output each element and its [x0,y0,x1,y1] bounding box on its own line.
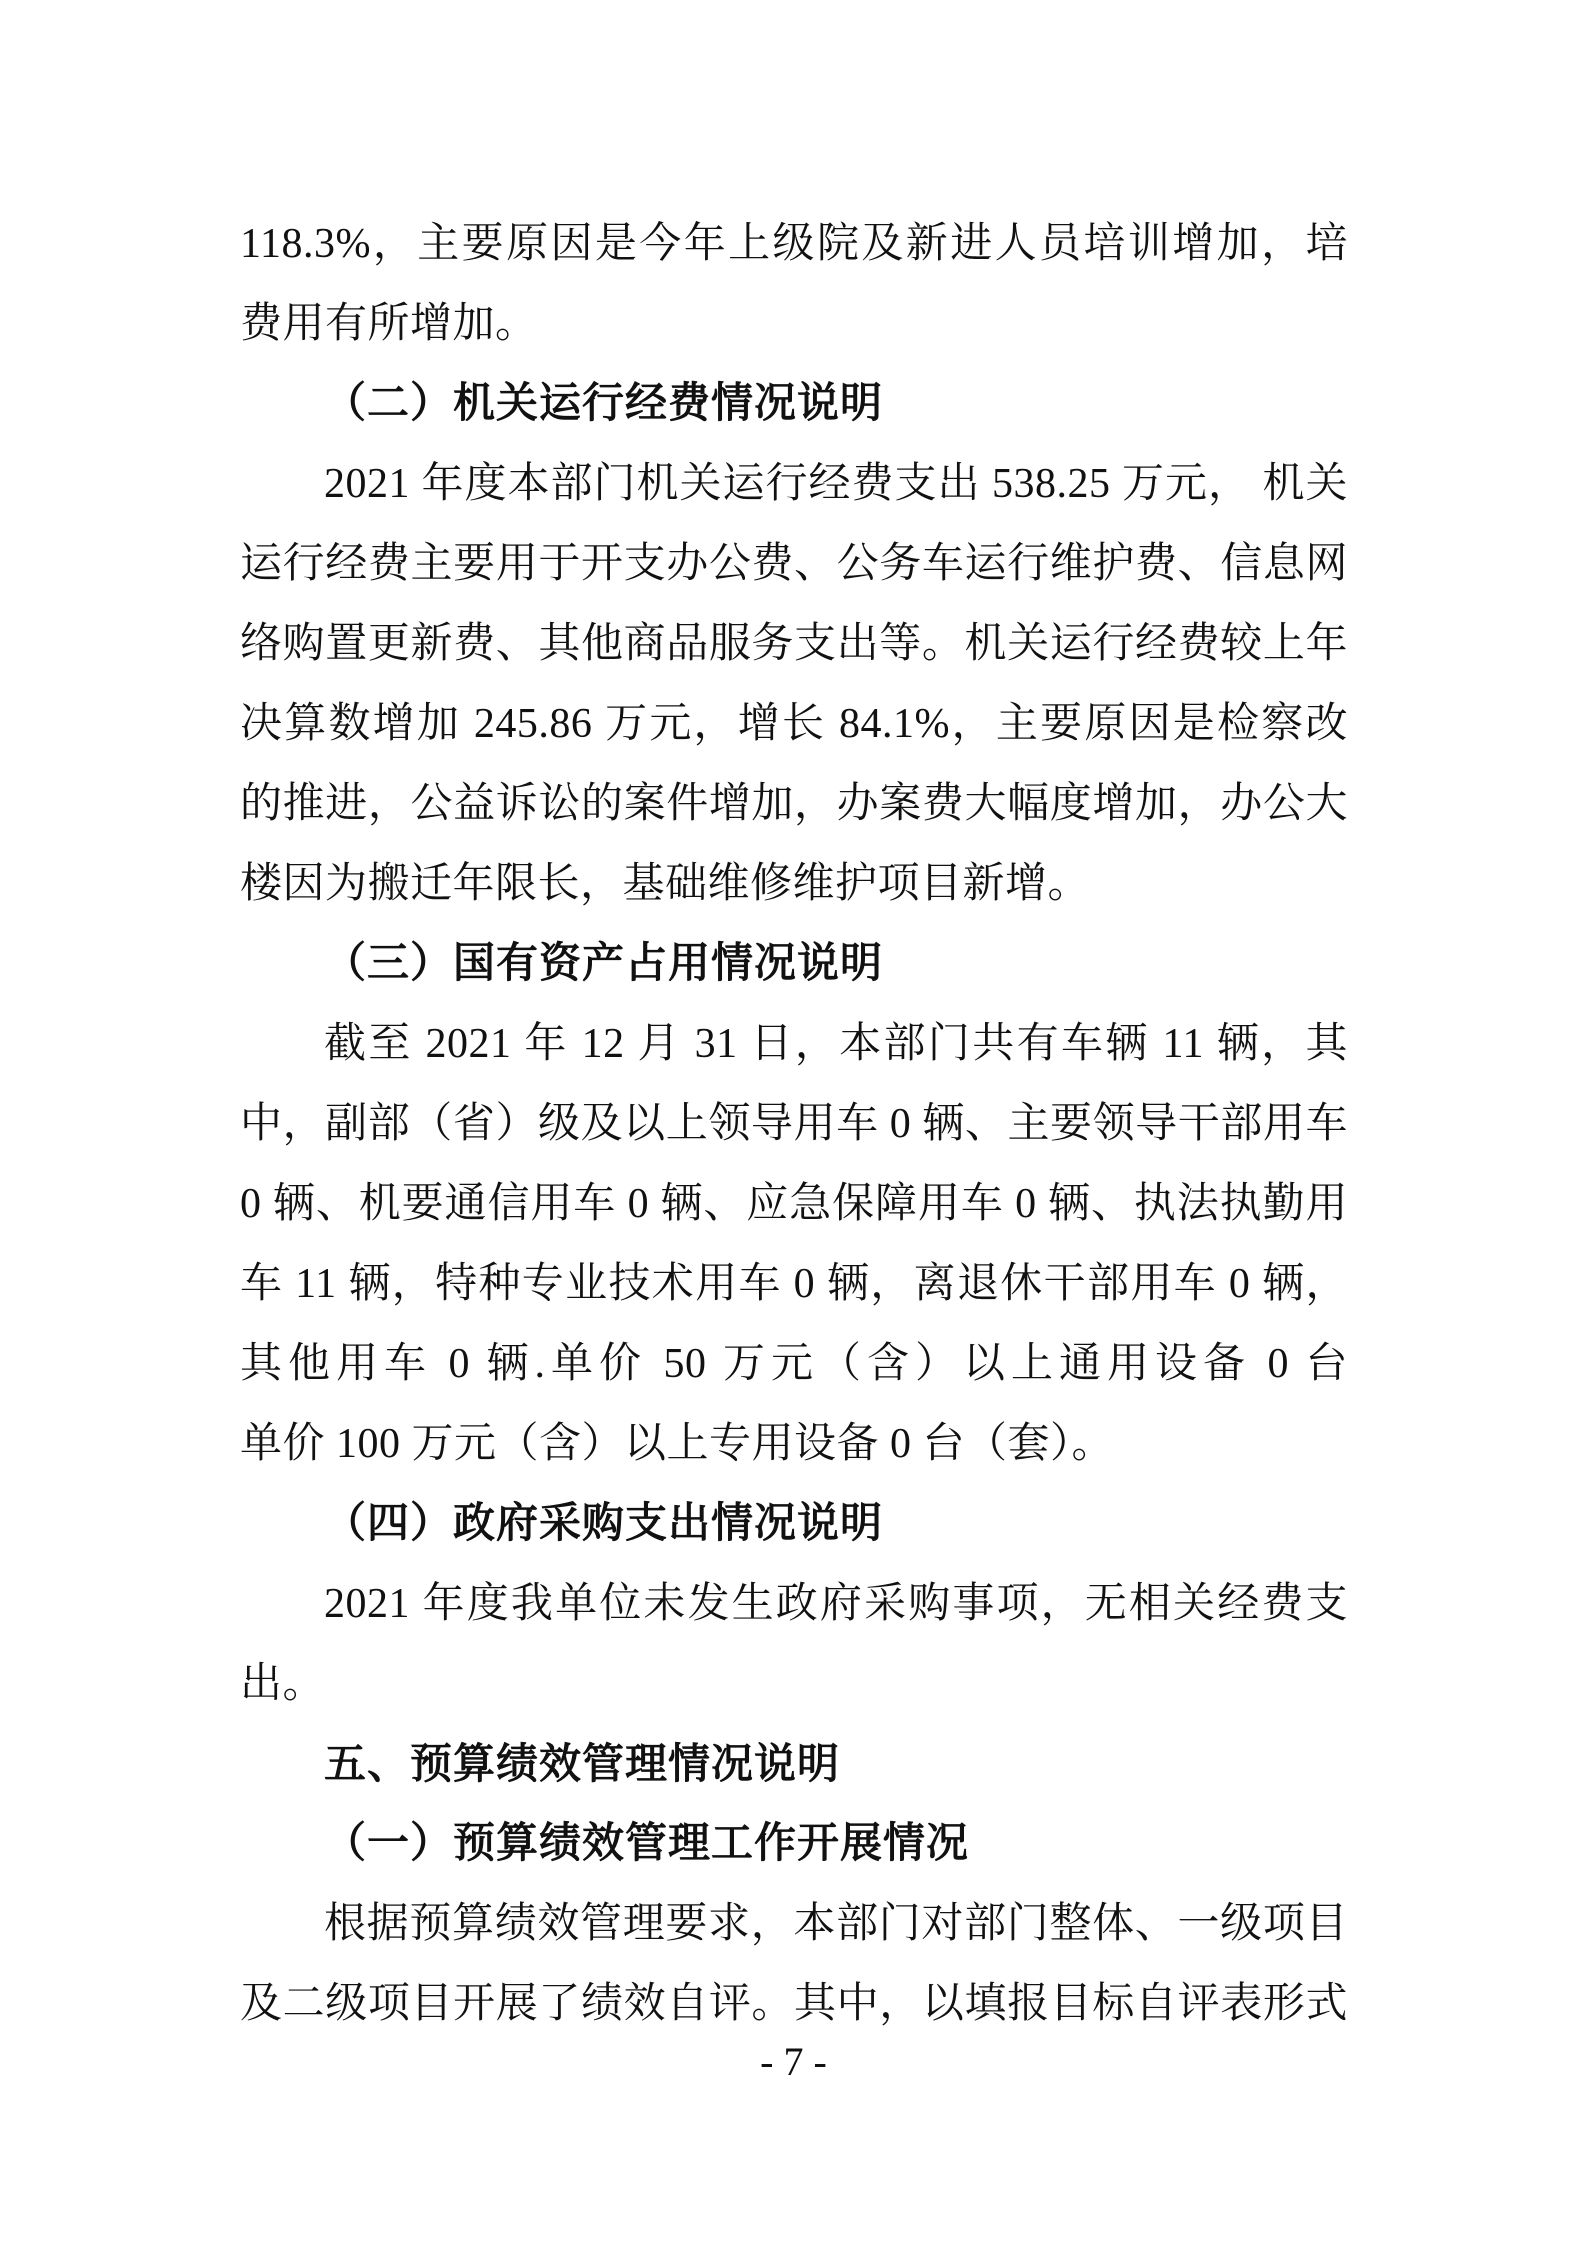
document-body: 118.3%，主要原因是今年上级院及新进人员培训增加，培训 费用有所增加。 （二… [240,204,1348,2044]
text-line: 费用有所增加。 [240,284,1348,364]
heading-subsection-1: （一）预算绩效管理工作开展情况 [240,1804,1348,1884]
page-number: - 7 - [0,2036,1587,2088]
document-page: 118.3%，主要原因是今年上级院及新进人员培训增加，培训 费用有所增加。 （二… [0,0,1587,2245]
text-line: 2021 年度本部门机关运行经费支出 538.25 万元， 机关 [240,444,1348,524]
heading-section-3: （三）国有资产占用情况说明 [240,924,1348,1004]
text-line: 中，副部（省）级及以上领导用车 0 辆、主要领导干部用车 [240,1084,1348,1164]
text-line: 及二级项目开展了绩效自评。其中，以填报目标自评表形式 [240,1964,1348,2044]
text-line: 络购置更新费、其他商品服务支出等。机关运行经费较上年 [240,604,1348,684]
text-line: 出。 [240,1644,1348,1724]
text-line: 楼因为搬迁年限长，基础维修维护项目新增。 [240,844,1348,924]
text-line: 截至 2021 年 12 月 31 日，本部门共有车辆 11 辆，其 [240,1004,1348,1084]
text-line: 根据预算绩效管理要求，本部门对部门整体、一级项目 [240,1884,1348,1964]
heading-chapter-5: 五、预算绩效管理情况说明 [240,1724,1348,1804]
text-line: 单价 100 万元（含）以上专用设备 0 台（套）。 [240,1404,1348,1484]
text-line: 决算数增加 245.86 万元，增长 84.1%，主要原因是检察改革 [240,684,1348,764]
text-line: 运行经费主要用于开支办公费、公务车运行维护费、信息网 [240,524,1348,604]
text-line: 其他用车 0 辆.单价 50 万元（含）以上通用设备 0 台（套）， [240,1324,1348,1404]
text-line: 2021 年度我单位未发生政府采购事项，无相关经费支 [240,1564,1348,1644]
heading-section-4: （四）政府采购支出情况说明 [240,1484,1348,1564]
text-line: 车 11 辆，特种专业技术用车 0 辆，离退休干部用车 0 辆， [240,1244,1348,1324]
text-line: 的推进，公益诉讼的案件增加，办案费大幅度增加，办公大 [240,764,1348,844]
text-line: 118.3%，主要原因是今年上级院及新进人员培训增加，培训 [240,204,1348,284]
text-line: 0 辆、机要通信用车 0 辆、应急保障用车 0 辆、执法执勤用 [240,1164,1348,1244]
heading-section-2: （二）机关运行经费情况说明 [240,364,1348,444]
